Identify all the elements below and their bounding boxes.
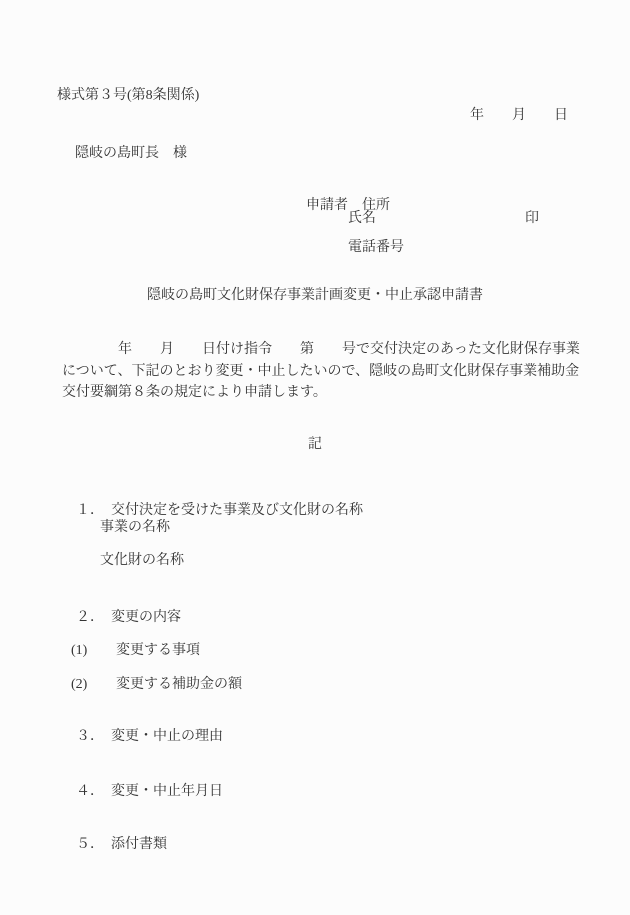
date-line: 年 月 日 — [470, 108, 568, 124]
body-paragraph: 年 月 日付け指令 第 号で交付決定のあった文化財保存事業 について、下記のとお… — [62, 339, 580, 404]
applicant-label: 申請者 — [306, 198, 348, 213]
note-marker: 記 — [0, 437, 630, 453]
item-1-number: １． — [76, 503, 111, 519]
item-1-sub-1: 事業の名称 — [100, 520, 170, 536]
item-4-label: 変更・中止年月日 — [111, 784, 223, 799]
addressee-line: 隠岐の島町長 様 — [75, 146, 187, 162]
seal-label: 印 — [525, 211, 539, 227]
item-2-sub-1-label: 変更する事項 — [116, 643, 200, 658]
form-number: 様式第３号(第8条関係) — [57, 88, 199, 104]
item-1-label: 交付決定を受けた事業及び文化財の名称 — [111, 503, 363, 518]
item-2-sub-2-label: 変更する補助金の額 — [116, 677, 242, 692]
item-2-sub-2-number: (2) — [71, 677, 116, 693]
item-4: ４．変更・中止年月日 — [62, 768, 223, 816]
name-label: 氏名 — [348, 211, 376, 227]
item-4-number: ４． — [76, 784, 111, 800]
item-2-number: ２． — [76, 610, 111, 626]
item-2-sub-2: (2)変更する補助金の額 — [57, 661, 242, 709]
phone-label: 電話番号 — [348, 240, 404, 256]
item-5-number: ５． — [76, 837, 111, 853]
item-5: ５．添付書類 — [62, 821, 167, 869]
item-1-sub-2: 文化財の名称 — [100, 553, 184, 569]
item-3: ３．変更・中止の理由 — [62, 713, 223, 761]
item-3-number: ３． — [76, 729, 111, 745]
item-3-label: 変更・中止の理由 — [111, 729, 223, 744]
document-page: 様式第３号(第8条関係) 年 月 日 隠岐の島町長 様 申請者住所 氏名 印 電… — [0, 0, 630, 915]
item-5-label: 添付書類 — [111, 837, 167, 852]
document-title: 隠岐の島町文化財保存事業計画変更・中止承認申請書 — [0, 288, 630, 304]
item-2-sub-1-number: (1) — [71, 643, 116, 659]
item-2-label: 変更の内容 — [111, 610, 181, 625]
